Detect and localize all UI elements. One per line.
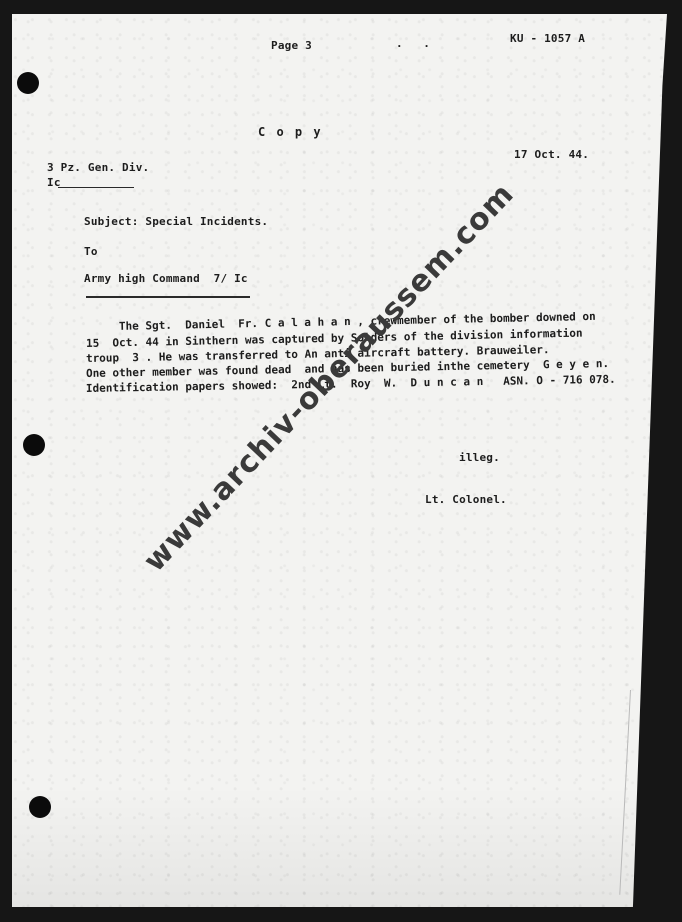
recipient: Army high Command 7/ Ic [84, 273, 248, 284]
copy-label: C o p y [258, 126, 323, 138]
punch-hole-middle [23, 434, 45, 456]
to-label: To [84, 246, 98, 257]
recipient-underline [86, 296, 250, 298]
subject-line: Subject: Special Incidents. [84, 216, 268, 227]
document-reference: KU - 1057 A [510, 33, 585, 44]
signature-illegible: illeg. [459, 452, 500, 463]
sender-underline [58, 187, 134, 188]
punch-hole-bottom [29, 796, 51, 818]
page-number: Page 3 [271, 40, 312, 51]
document-date: 17 Oct. 44. [514, 149, 589, 160]
signatory-rank: Lt. Colonel. [425, 494, 507, 505]
sender-division: 3 Pz. Gen. Div. [47, 162, 149, 173]
header-dots: . . [396, 38, 430, 49]
punch-hole-top [17, 72, 39, 94]
